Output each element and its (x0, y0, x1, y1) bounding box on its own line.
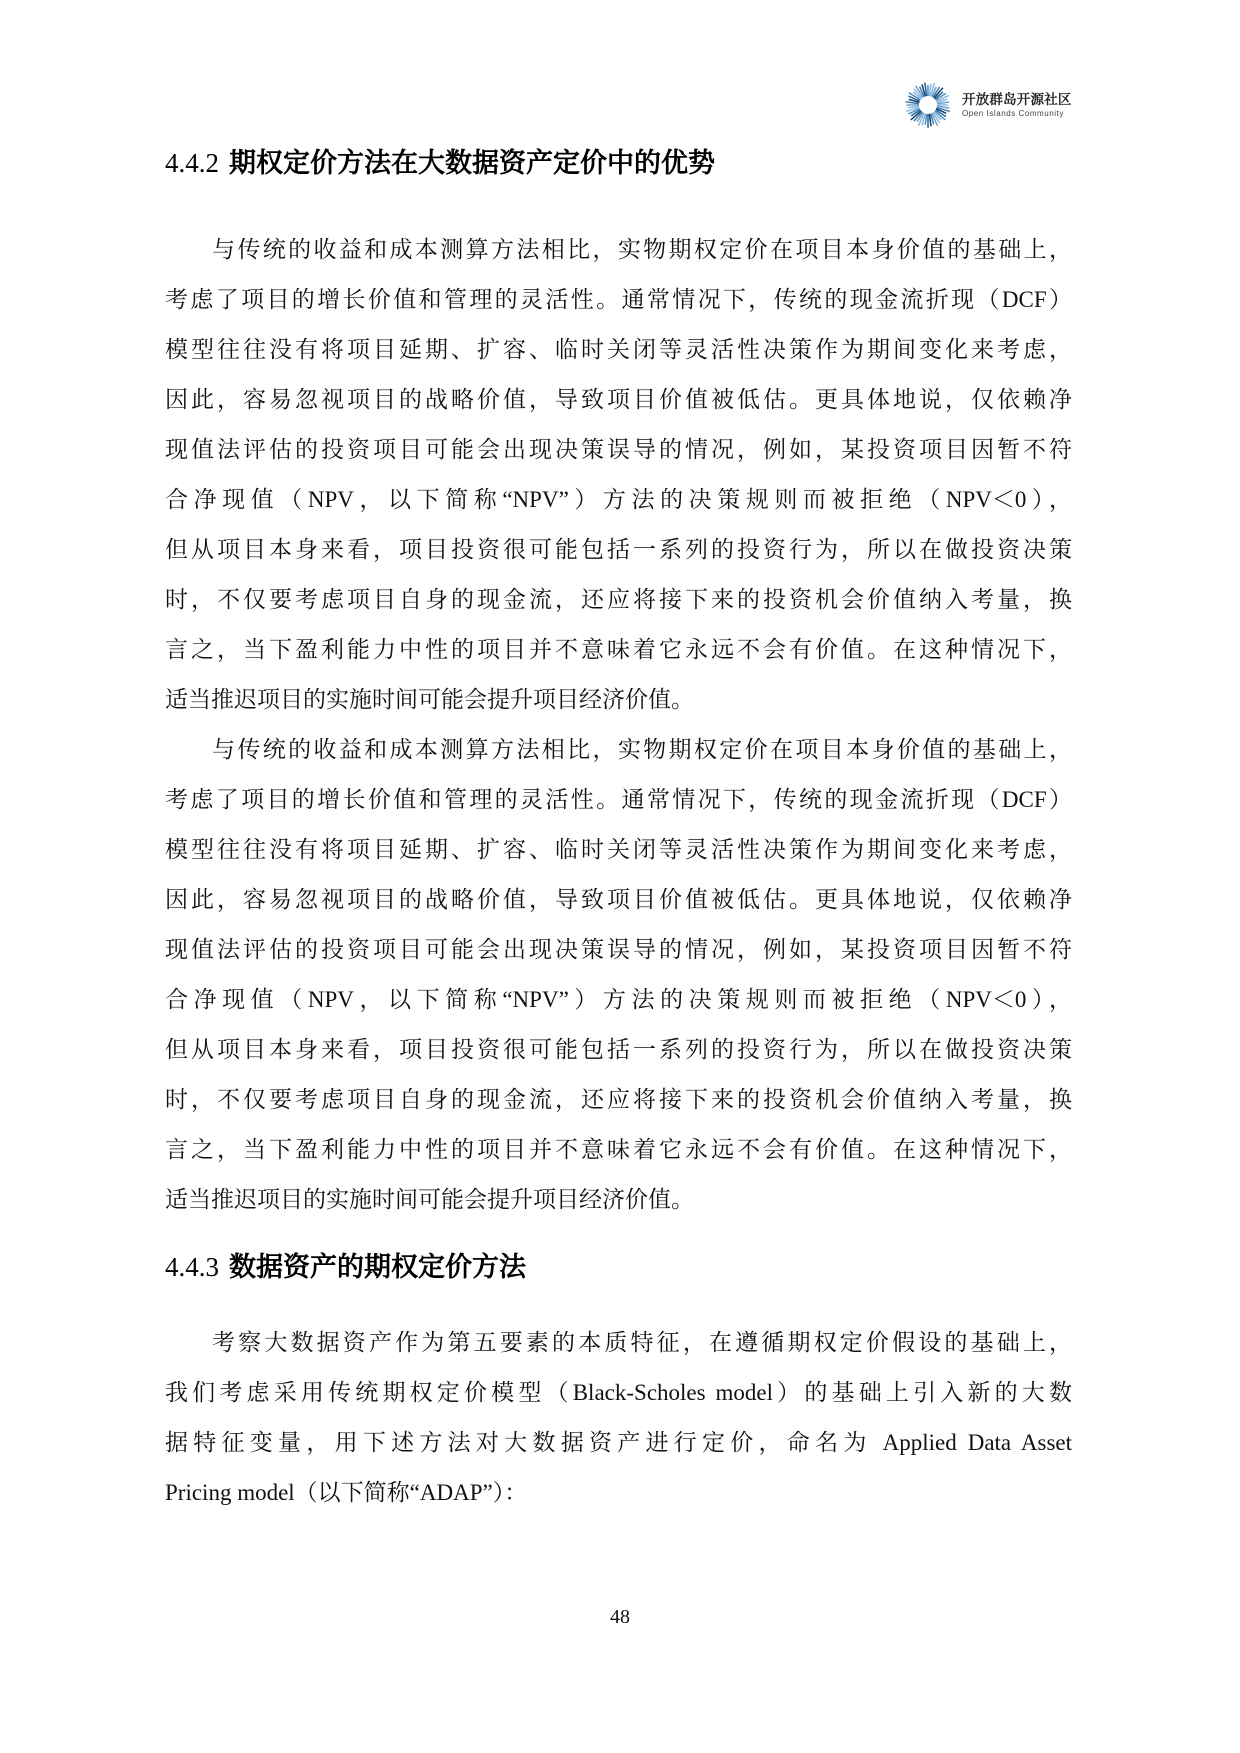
document-page: 开放群岛开源社区 Open Islands Community 4.4.2期权定… (0, 0, 1240, 1753)
content-column: 4.4.2期权定价方法在大数据资产定价中的优势 与传统的收益和成本测算方法相比，… (165, 0, 1072, 1518)
text-line: 言之，当下盈利能力中性的项目并不意味着它永远不会有价值。在这种情况下， (165, 1125, 1072, 1175)
section-number: 4.4.3 (165, 1252, 219, 1282)
text-line: 合净现值（NPV，以下简称“NPV”）方法的决策规则而被拒绝（NPV＜0）， (165, 475, 1072, 525)
text-line: 时，不仅要考虑项目自身的现金流，还应将接下来的投资机会价值纳入考量，换 (165, 575, 1072, 625)
page-number: 48 (0, 1603, 1240, 1631)
text-line: 但从项目本身来看，项目投资很可能包括一系列的投资行为，所以在做投资决策 (165, 525, 1072, 575)
text-line: 现值法评估的投资项目可能会出现决策误导的情况，例如，某投资项目因暂不符 (165, 425, 1072, 475)
paragraph: 考察大数据资产作为第五要素的本质特征，在遵循期权定价假设的基础上，我们考虑采用传… (165, 1318, 1072, 1518)
text-line: 模型往往没有将项目延期、扩容、临时关闭等灵活性决策作为期间变化来考虑， (165, 825, 1072, 875)
text-line: 因此，容易忽视项目的战略价值，导致项目价值被低估。更具体地说，仅依赖净 (165, 875, 1072, 925)
text-line: 时，不仅要考虑项目自身的现金流，还应将接下来的投资机会价值纳入考量，换 (165, 1075, 1072, 1125)
text-line: 我们考虑采用传统期权定价模型（Black-Scholes model）的基础上引… (165, 1368, 1072, 1418)
text-line: 现值法评估的投资项目可能会出现决策误导的情况，例如，某投资项目因暂不符 (165, 925, 1072, 975)
text-line: 模型往往没有将项目延期、扩容、临时关闭等灵活性决策作为期间变化来考虑， (165, 325, 1072, 375)
paragraph: 与传统的收益和成本测算方法相比，实物期权定价在项目本身价值的基础上，考虑了项目的… (165, 725, 1072, 1225)
section-title: 数据资产的期权定价方法 (229, 1252, 526, 1282)
text-line: 据特征变量，用下述方法对大数据资产进行定价，命名为 Applied Data A… (165, 1418, 1072, 1468)
paragraph: 与传统的收益和成本测算方法相比，实物期权定价在项目本身价值的基础上，考虑了项目的… (165, 225, 1072, 725)
text-line: 与传统的收益和成本测算方法相比，实物期权定价在项目本身价值的基础上， (165, 725, 1072, 775)
section-title: 期权定价方法在大数据资产定价中的优势 (229, 148, 715, 178)
text-line: 考虑了项目的增长价值和管理的灵活性。通常情况下，传统的现金流折现（DCF） (165, 775, 1072, 825)
text-line: 但从项目本身来看，项目投资很可能包括一系列的投资行为，所以在做投资决策 (165, 1025, 1072, 1075)
text-line: Pricing model（以下简称“ADAP”）： (165, 1468, 1072, 1518)
text-line: 因此，容易忽视项目的战略价值，导致项目价值被低估。更具体地说，仅依赖净 (165, 375, 1072, 425)
section-heading-4-4-2: 4.4.2期权定价方法在大数据资产定价中的优势 (165, 143, 1072, 183)
text-line: 考察大数据资产作为第五要素的本质特征，在遵循期权定价假设的基础上， (165, 1318, 1072, 1368)
section-heading-4-4-3: 4.4.3数据资产的期权定价方法 (165, 1247, 1072, 1287)
section-number: 4.4.2 (165, 148, 219, 178)
text-line: 考虑了项目的增长价值和管理的灵活性。通常情况下，传统的现金流折现（DCF） (165, 275, 1072, 325)
text-line: 合净现值（NPV，以下简称“NPV”）方法的决策规则而被拒绝（NPV＜0）， (165, 975, 1072, 1025)
text-line: 与传统的收益和成本测算方法相比，实物期权定价在项目本身价值的基础上， (165, 225, 1072, 275)
text-line: 适当推迟项目的实施时间可能会提升项目经济价值。 (165, 1175, 1072, 1225)
text-line: 适当推迟项目的实施时间可能会提升项目经济价值。 (165, 675, 1072, 725)
text-line: 言之，当下盈利能力中性的项目并不意味着它永远不会有价值。在这种情况下， (165, 625, 1072, 675)
